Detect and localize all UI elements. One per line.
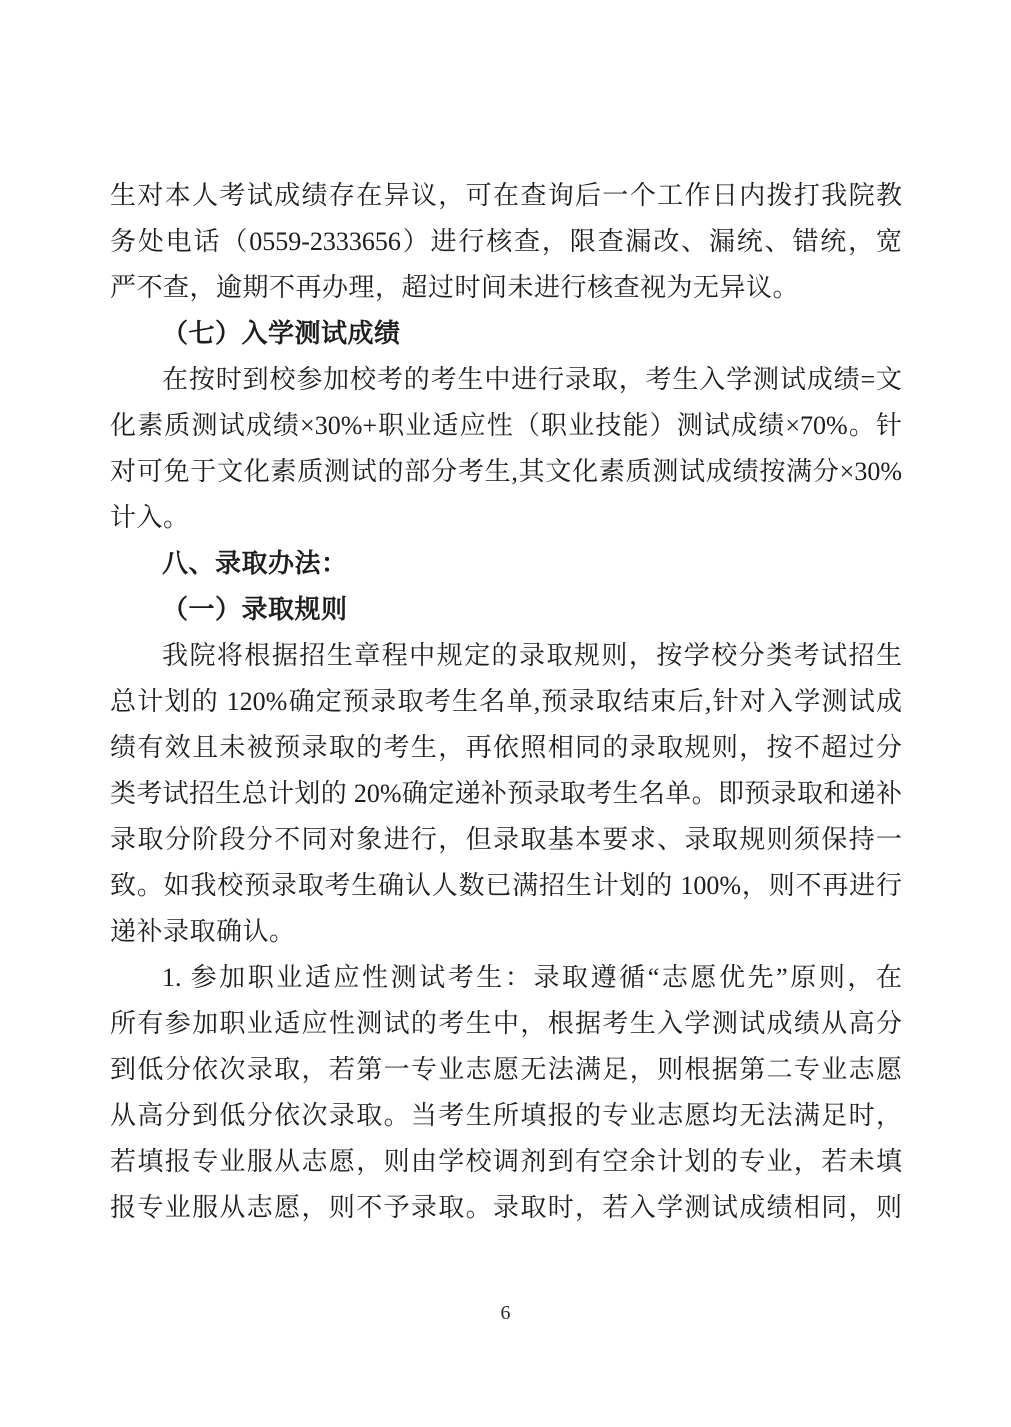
body-line: 类考试招生总计划的 20%确定递补预录取考生名单。即预录取和递补 (110, 771, 902, 817)
body-line: 递补录取确认。 (110, 909, 902, 955)
body-line: 化素质测试成绩×30%+职业适应性（职业技能）测试成绩×70%。针 (110, 403, 902, 449)
body-line: 若填报专业服从志愿，则由学校调剂到有空余计划的专业，若未填 (110, 1139, 902, 1185)
body-line: 报专业服从志愿，则不予录取。录取时，若入学测试成绩相同，则 (110, 1185, 902, 1231)
body-line: 总计划的 120%确定预录取考生名单,预录取结束后,针对入学测试成 (110, 679, 902, 725)
body-line: 严不查，逾期不再办理，超过时间未进行核查视为无异议。 (110, 265, 902, 311)
body-line: 我院将根据招生章程中规定的录取规则，按学校分类考试招生 (110, 633, 902, 679)
body-line: 在按时到校参加校考的考生中进行录取，考生入学测试成绩=文 (110, 357, 902, 403)
body-line: 所有参加职业适应性测试的考生中，根据考生入学测试成绩从高分 (110, 1001, 902, 1047)
body-line: 计入。 (110, 495, 902, 541)
body-line: 从高分到低分依次录取。当考生所填报的专业志愿均无法满足时， (110, 1093, 902, 1139)
body-line: 务处电话（0559-2333656）进行核查，限查漏改、漏统、错统，宽 (110, 219, 902, 265)
heading-line: 八、录取办法： (110, 541, 902, 587)
page-number: 6 (0, 1300, 1011, 1326)
body-line: 1. 参加职业适应性测试考生：录取遵循“志愿优先”原则，在 (110, 955, 902, 1001)
body-line: 绩有效且未被预录取的考生，再依照相同的录取规则，按不超过分 (110, 725, 902, 771)
document-body: 生对本人考试成绩存在异议，可在查询后一个工作日内拨打我院教务处电话（0559-2… (110, 173, 902, 1231)
body-line: 录取分阶段分不同对象进行，但录取基本要求、录取规则须保持一 (110, 817, 902, 863)
document-page: 生对本人考试成绩存在异议，可在查询后一个工作日内拨打我院教务处电话（0559-2… (0, 0, 1011, 1427)
heading-line: （七）入学测试成绩 (110, 311, 902, 357)
body-line: 致。如我校预录取考生确认人数已满招生计划的 100%，则不再进行 (110, 863, 902, 909)
body-line: 到低分依次录取，若第一专业志愿无法满足，则根据第二专业志愿 (110, 1047, 902, 1093)
body-line: 生对本人考试成绩存在异议，可在查询后一个工作日内拨打我院教 (110, 173, 902, 219)
heading-line: （一）录取规则 (110, 587, 902, 633)
body-line: 对可免于文化素质测试的部分考生,其文化素质测试成绩按满分×30% (110, 449, 902, 495)
